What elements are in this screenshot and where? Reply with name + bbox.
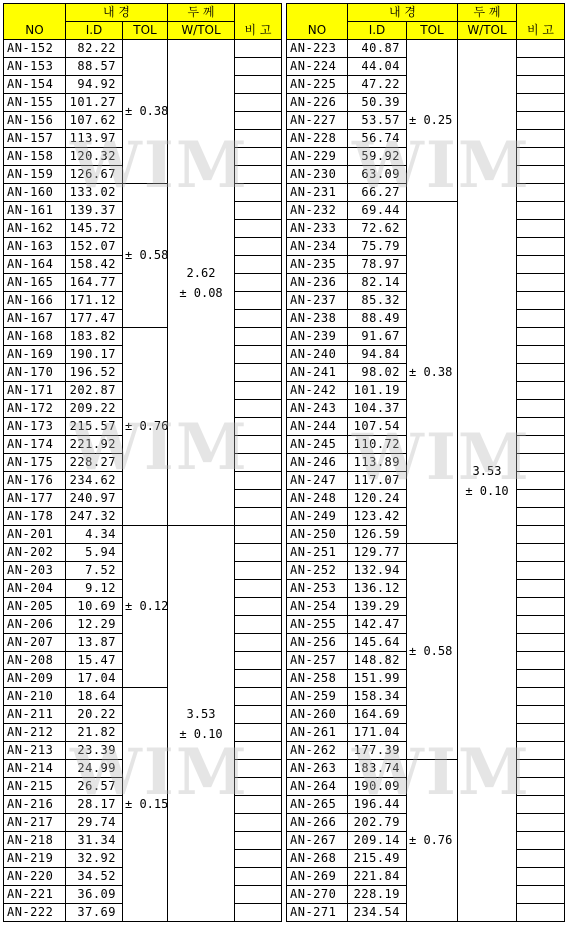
part-number-cell: AN-255: [287, 616, 348, 634]
remarks-cell: [517, 382, 565, 400]
thickness-tolerance: ± 0.08: [168, 283, 234, 303]
remarks-cell: [235, 400, 282, 418]
remarks-cell: [235, 220, 282, 238]
part-number-cell: AN-231: [287, 184, 348, 202]
id-tolerance-cell: ± 0.38: [123, 40, 168, 184]
inner-diameter-cell: 151.99: [348, 670, 407, 688]
inner-diameter-cell: 113.89: [348, 454, 407, 472]
part-number-cell: AN-269: [287, 868, 348, 886]
remarks-cell: [235, 58, 282, 76]
remarks-cell: [235, 670, 282, 688]
remarks-cell: [235, 886, 282, 904]
remarks-cell: [517, 184, 565, 202]
inner-diameter-cell: 177.39: [348, 742, 407, 760]
part-number-cell: AN-152: [4, 40, 66, 58]
remarks-cell: [517, 688, 565, 706]
part-number-cell: AN-236: [287, 274, 348, 292]
inner-diameter-cell: 240.97: [66, 490, 123, 508]
part-number-cell: AN-264: [287, 778, 348, 796]
inner-diameter-cell: 34.52: [66, 868, 123, 886]
table-row: AN-23269.44± 0.38: [287, 202, 565, 220]
part-number-cell: AN-241: [287, 364, 348, 382]
inner-diameter-cell: 120.24: [348, 490, 407, 508]
inner-diameter-cell: 158.34: [348, 688, 407, 706]
remarks-cell: [235, 328, 282, 346]
inner-diameter-cell: 91.67: [348, 328, 407, 346]
thickness-tolerance-cell: 2.62± 0.08: [168, 40, 235, 526]
header-id: I.D: [66, 22, 123, 40]
inner-diameter-cell: 15.47: [66, 652, 123, 670]
inner-diameter-cell: 126.67: [66, 166, 123, 184]
part-number-cell: AN-207: [4, 634, 66, 652]
inner-diameter-cell: 221.92: [66, 436, 123, 454]
table-body: AN-22340.87± 0.253.53± 0.10AN-22444.04AN…: [287, 40, 565, 922]
inner-diameter-cell: 59.92: [348, 148, 407, 166]
remarks-cell: [517, 652, 565, 670]
remarks-cell: [235, 562, 282, 580]
remarks-cell: [235, 130, 282, 148]
header-wtol: W/TOL: [168, 22, 235, 40]
inner-diameter-cell: 53.57: [348, 112, 407, 130]
inner-diameter-cell: 215.57: [66, 418, 123, 436]
part-number-cell: AN-222: [4, 904, 66, 922]
remarks-cell: [517, 616, 565, 634]
part-number-cell: AN-158: [4, 148, 66, 166]
part-number-cell: AN-204: [4, 580, 66, 598]
inner-diameter-cell: 120.32: [66, 148, 123, 166]
inner-diameter-cell: 196.44: [348, 796, 407, 814]
part-number-cell: AN-171: [4, 382, 66, 400]
part-number-cell: AN-266: [287, 814, 348, 832]
inner-diameter-cell: 221.84: [348, 868, 407, 886]
part-number-cell: AN-232: [287, 202, 348, 220]
inner-diameter-cell: 104.37: [348, 400, 407, 418]
remarks-cell: [517, 94, 565, 112]
inner-diameter-cell: 177.47: [66, 310, 123, 328]
remarks-cell: [235, 454, 282, 472]
inner-diameter-cell: 94.92: [66, 76, 123, 94]
remarks-cell: [517, 796, 565, 814]
remarks-cell: [517, 400, 565, 418]
inner-diameter-cell: 37.69: [66, 904, 123, 922]
part-number-cell: AN-227: [287, 112, 348, 130]
remarks-cell: [235, 598, 282, 616]
part-number-cell: AN-175: [4, 454, 66, 472]
remarks-cell: [235, 760, 282, 778]
remarks-cell: [235, 292, 282, 310]
part-number-cell: AN-173: [4, 418, 66, 436]
header-thickness: 두 께: [458, 4, 517, 22]
remarks-cell: [235, 814, 282, 832]
inner-diameter-cell: 101.19: [348, 382, 407, 400]
part-number-cell: AN-177: [4, 490, 66, 508]
header-wtol: W/TOL: [458, 22, 517, 40]
table-row: AN-251129.77± 0.58: [287, 544, 565, 562]
inner-diameter-cell: 171.12: [66, 292, 123, 310]
inner-diameter-cell: 110.72: [348, 436, 407, 454]
inner-diameter-cell: 66.27: [348, 184, 407, 202]
part-number-cell: AN-219: [4, 850, 66, 868]
inner-diameter-cell: 129.77: [348, 544, 407, 562]
inner-diameter-cell: 75.79: [348, 238, 407, 256]
part-number-cell: AN-268: [287, 850, 348, 868]
table-row: AN-263183.74± 0.76: [287, 760, 565, 778]
part-number-cell: AN-238: [287, 310, 348, 328]
inner-diameter-cell: 164.77: [66, 274, 123, 292]
remarks-cell: [517, 58, 565, 76]
inner-diameter-cell: 123.42: [348, 508, 407, 526]
remarks-cell: [235, 904, 282, 922]
inner-diameter-cell: 145.64: [348, 634, 407, 652]
inner-diameter-cell: 117.07: [348, 472, 407, 490]
part-number-cell: AN-247: [287, 472, 348, 490]
id-tolerance-cell: ± 0.58: [123, 184, 168, 328]
part-number-cell: AN-234: [287, 238, 348, 256]
part-number-cell: AN-153: [4, 58, 66, 76]
remarks-cell: [235, 238, 282, 256]
remarks-cell: [235, 94, 282, 112]
inner-diameter-cell: 101.27: [66, 94, 123, 112]
thickness-tolerance: ± 0.10: [168, 724, 234, 744]
inner-diameter-cell: 132.94: [348, 562, 407, 580]
inner-diameter-cell: 29.74: [66, 814, 123, 832]
part-number-cell: AN-248: [287, 490, 348, 508]
remarks-cell: [517, 148, 565, 166]
remarks-cell: [517, 166, 565, 184]
part-number-cell: AN-169: [4, 346, 66, 364]
remarks-cell: [235, 832, 282, 850]
remarks-cell: [235, 868, 282, 886]
inner-diameter-cell: 56.74: [348, 130, 407, 148]
part-number-cell: AN-209: [4, 670, 66, 688]
inner-diameter-cell: 183.82: [66, 328, 123, 346]
remarks-cell: [517, 220, 565, 238]
inner-diameter-cell: 5.94: [66, 544, 123, 562]
remarks-cell: [517, 292, 565, 310]
remarks-cell: [517, 814, 565, 832]
inner-diameter-cell: 148.82: [348, 652, 407, 670]
remarks-cell: [517, 238, 565, 256]
inner-diameter-cell: 171.04: [348, 724, 407, 742]
remarks-cell: [235, 274, 282, 292]
inner-diameter-cell: 234.54: [348, 904, 407, 922]
part-number-cell: AN-217: [4, 814, 66, 832]
remarks-cell: [235, 40, 282, 58]
part-number-cell: AN-245: [287, 436, 348, 454]
remarks-cell: [517, 76, 565, 94]
inner-diameter-cell: 107.62: [66, 112, 123, 130]
part-number-cell: AN-206: [4, 616, 66, 634]
part-number-cell: AN-164: [4, 256, 66, 274]
part-number-cell: AN-265: [287, 796, 348, 814]
remarks-cell: [517, 274, 565, 292]
remarks-cell: [517, 454, 565, 472]
inner-diameter-cell: 13.87: [66, 634, 123, 652]
part-number-cell: AN-214: [4, 760, 66, 778]
inner-diameter-cell: 24.99: [66, 760, 123, 778]
inner-diameter-cell: 17.04: [66, 670, 123, 688]
remarks-cell: [517, 742, 565, 760]
header-no: NO: [287, 4, 348, 40]
remarks-cell: [235, 778, 282, 796]
remarks-cell: [517, 346, 565, 364]
part-number-cell: AN-160: [4, 184, 66, 202]
remarks-cell: [235, 688, 282, 706]
inner-diameter-cell: 228.19: [348, 886, 407, 904]
part-number-cell: AN-226: [287, 94, 348, 112]
inner-diameter-cell: 26.57: [66, 778, 123, 796]
remarks-cell: [235, 526, 282, 544]
part-number-cell: AN-201: [4, 526, 66, 544]
inner-diameter-cell: 36.09: [66, 886, 123, 904]
part-number-cell: AN-213: [4, 742, 66, 760]
part-number-cell: AN-221: [4, 886, 66, 904]
table-row: AN-168183.82± 0.76: [4, 328, 282, 346]
part-number-cell: AN-242: [287, 382, 348, 400]
inner-diameter-cell: 139.37: [66, 202, 123, 220]
table-row: AN-21018.64± 0.15: [4, 688, 282, 706]
inner-diameter-cell: 82.22: [66, 40, 123, 58]
remarks-cell: [517, 598, 565, 616]
inner-diameter-cell: 12.29: [66, 616, 123, 634]
inner-diameter-cell: 164.69: [348, 706, 407, 724]
remarks-cell: [235, 706, 282, 724]
remarks-cell: [235, 490, 282, 508]
inner-diameter-cell: 4.34: [66, 526, 123, 544]
remarks-cell: [517, 112, 565, 130]
part-number-cell: AN-202: [4, 544, 66, 562]
remarks-cell: [517, 490, 565, 508]
remarks-cell: [235, 76, 282, 94]
remarks-cell: [517, 868, 565, 886]
remarks-cell: [517, 904, 565, 922]
inner-diameter-cell: 228.27: [66, 454, 123, 472]
inner-diameter-cell: 113.97: [66, 130, 123, 148]
o-ring-spec-table-right: NO 내 경 두 께 비 고 I.D TOL W/TOL AN-22340.87…: [286, 3, 565, 922]
inner-diameter-cell: 63.09: [348, 166, 407, 184]
inner-diameter-cell: 72.62: [348, 220, 407, 238]
part-number-cell: AN-237: [287, 292, 348, 310]
part-number-cell: AN-259: [287, 688, 348, 706]
thickness-tolerance-cell: 3.53± 0.10: [458, 40, 517, 922]
remarks-cell: [517, 508, 565, 526]
remarks-cell: [235, 724, 282, 742]
part-number-cell: AN-223: [287, 40, 348, 58]
header-no: NO: [4, 4, 66, 40]
remarks-cell: [517, 202, 565, 220]
remarks-cell: [517, 634, 565, 652]
inner-diameter-cell: 215.49: [348, 850, 407, 868]
thickness-tolerance-cell: 3.53± 0.10: [168, 526, 235, 922]
remarks-cell: [517, 760, 565, 778]
inner-diameter-cell: 85.32: [348, 292, 407, 310]
inner-diameter-cell: 107.54: [348, 418, 407, 436]
inner-diameter-cell: 234.62: [66, 472, 123, 490]
part-number-cell: AN-212: [4, 724, 66, 742]
part-number-cell: AN-154: [4, 76, 66, 94]
part-number-cell: AN-218: [4, 832, 66, 850]
part-number-cell: AN-170: [4, 364, 66, 382]
remarks-cell: [517, 40, 565, 58]
inner-diameter-cell: 98.02: [348, 364, 407, 382]
remarks-cell: [235, 544, 282, 562]
part-number-cell: AN-251: [287, 544, 348, 562]
inner-diameter-cell: 158.42: [66, 256, 123, 274]
part-number-cell: AN-270: [287, 886, 348, 904]
inner-diameter-cell: 196.52: [66, 364, 123, 382]
inner-diameter-cell: 21.82: [66, 724, 123, 742]
inner-diameter-cell: 20.22: [66, 706, 123, 724]
remarks-cell: [235, 256, 282, 274]
inner-diameter-cell: 136.12: [348, 580, 407, 598]
part-number-cell: AN-220: [4, 868, 66, 886]
inner-diameter-cell: 69.44: [348, 202, 407, 220]
remarks-cell: [517, 328, 565, 346]
part-number-cell: AN-249: [287, 508, 348, 526]
part-number-cell: AN-258: [287, 670, 348, 688]
part-number-cell: AN-178: [4, 508, 66, 526]
remarks-cell: [517, 472, 565, 490]
part-number-cell: AN-225: [287, 76, 348, 94]
part-number-cell: AN-166: [4, 292, 66, 310]
part-number-cell: AN-252: [287, 562, 348, 580]
inner-diameter-cell: 10.69: [66, 598, 123, 616]
part-number-cell: AN-256: [287, 634, 348, 652]
part-number-cell: AN-224: [287, 58, 348, 76]
id-tolerance-cell: ± 0.15: [123, 688, 168, 922]
inner-diameter-cell: 44.04: [348, 58, 407, 76]
remarks-cell: [517, 256, 565, 274]
part-number-cell: AN-267: [287, 832, 348, 850]
inner-diameter-cell: 209.22: [66, 400, 123, 418]
inner-diameter-cell: 50.39: [348, 94, 407, 112]
remarks-cell: [235, 796, 282, 814]
inner-diameter-cell: 82.14: [348, 274, 407, 292]
part-number-cell: AN-162: [4, 220, 66, 238]
part-number-cell: AN-172: [4, 400, 66, 418]
table-row: AN-160133.02± 0.58: [4, 184, 282, 202]
inner-diameter-cell: 152.07: [66, 238, 123, 256]
id-tolerance-cell: ± 0.58: [407, 544, 458, 760]
thickness-tolerance: ± 0.10: [458, 481, 516, 501]
part-number-cell: AN-157: [4, 130, 66, 148]
header-tol: TOL: [123, 22, 168, 40]
header-remarks: 비 고: [517, 4, 565, 40]
remarks-cell: [235, 364, 282, 382]
remarks-cell: [235, 652, 282, 670]
inner-diameter-cell: 202.79: [348, 814, 407, 832]
part-number-cell: AN-246: [287, 454, 348, 472]
part-number-cell: AN-203: [4, 562, 66, 580]
remarks-cell: [517, 778, 565, 796]
inner-diameter-cell: 183.74: [348, 760, 407, 778]
inner-diameter-cell: 88.49: [348, 310, 407, 328]
remarks-cell: [517, 436, 565, 454]
remarks-cell: [517, 310, 565, 328]
thickness-value: 2.62: [168, 263, 234, 283]
remarks-cell: [235, 382, 282, 400]
part-number-cell: AN-210: [4, 688, 66, 706]
remarks-cell: [235, 850, 282, 868]
inner-diameter-cell: 18.64: [66, 688, 123, 706]
part-number-cell: AN-228: [287, 130, 348, 148]
header-tol: TOL: [407, 22, 458, 40]
remarks-cell: [235, 418, 282, 436]
part-number-cell: AN-205: [4, 598, 66, 616]
header-thickness: 두 께: [168, 4, 235, 22]
part-number-cell: AN-253: [287, 580, 348, 598]
remarks-cell: [235, 310, 282, 328]
remarks-cell: [235, 202, 282, 220]
part-number-cell: AN-174: [4, 436, 66, 454]
inner-diameter-cell: 145.72: [66, 220, 123, 238]
remarks-cell: [517, 526, 565, 544]
header-inner-diameter: 내 경: [66, 4, 168, 22]
inner-diameter-cell: 190.09: [348, 778, 407, 796]
part-number-cell: AN-254: [287, 598, 348, 616]
inner-diameter-cell: 32.92: [66, 850, 123, 868]
remarks-cell: [517, 544, 565, 562]
table-row: AN-22340.87± 0.253.53± 0.10: [287, 40, 565, 58]
part-number-cell: AN-229: [287, 148, 348, 166]
header-remarks: 비 고: [235, 4, 282, 40]
remarks-cell: [235, 436, 282, 454]
remarks-cell: [517, 580, 565, 598]
id-tolerance-cell: ± 0.12: [123, 526, 168, 688]
part-number-cell: AN-208: [4, 652, 66, 670]
remarks-cell: [517, 418, 565, 436]
part-number-cell: AN-239: [287, 328, 348, 346]
inner-diameter-cell: 94.84: [348, 346, 407, 364]
part-number-cell: AN-271: [287, 904, 348, 922]
inner-diameter-cell: 31.34: [66, 832, 123, 850]
inner-diameter-cell: 23.39: [66, 742, 123, 760]
part-number-cell: AN-165: [4, 274, 66, 292]
part-number-cell: AN-263: [287, 760, 348, 778]
header-inner-diameter: 내 경: [348, 4, 458, 22]
part-number-cell: AN-216: [4, 796, 66, 814]
inner-diameter-cell: 28.17: [66, 796, 123, 814]
part-number-cell: AN-167: [4, 310, 66, 328]
part-number-cell: AN-215: [4, 778, 66, 796]
inner-diameter-cell: 139.29: [348, 598, 407, 616]
part-number-cell: AN-159: [4, 166, 66, 184]
part-number-cell: AN-230: [287, 166, 348, 184]
inner-diameter-cell: 9.12: [66, 580, 123, 598]
part-number-cell: AN-161: [4, 202, 66, 220]
inner-diameter-cell: 142.47: [348, 616, 407, 634]
part-number-cell: AN-156: [4, 112, 66, 130]
part-number-cell: AN-168: [4, 328, 66, 346]
remarks-cell: [235, 346, 282, 364]
remarks-cell: [235, 472, 282, 490]
part-number-cell: AN-235: [287, 256, 348, 274]
part-number-cell: AN-240: [287, 346, 348, 364]
remarks-cell: [235, 742, 282, 760]
remarks-cell: [517, 706, 565, 724]
part-number-cell: AN-260: [287, 706, 348, 724]
id-tolerance-cell: ± 0.38: [407, 202, 458, 544]
id-tolerance-cell: ± 0.76: [407, 760, 458, 922]
remarks-cell: [517, 364, 565, 382]
part-number-cell: AN-233: [287, 220, 348, 238]
remarks-cell: [235, 148, 282, 166]
remarks-cell: [517, 724, 565, 742]
thickness-value: 3.53: [168, 704, 234, 724]
part-number-cell: AN-261: [287, 724, 348, 742]
remarks-cell: [235, 184, 282, 202]
header-id: I.D: [348, 22, 407, 40]
